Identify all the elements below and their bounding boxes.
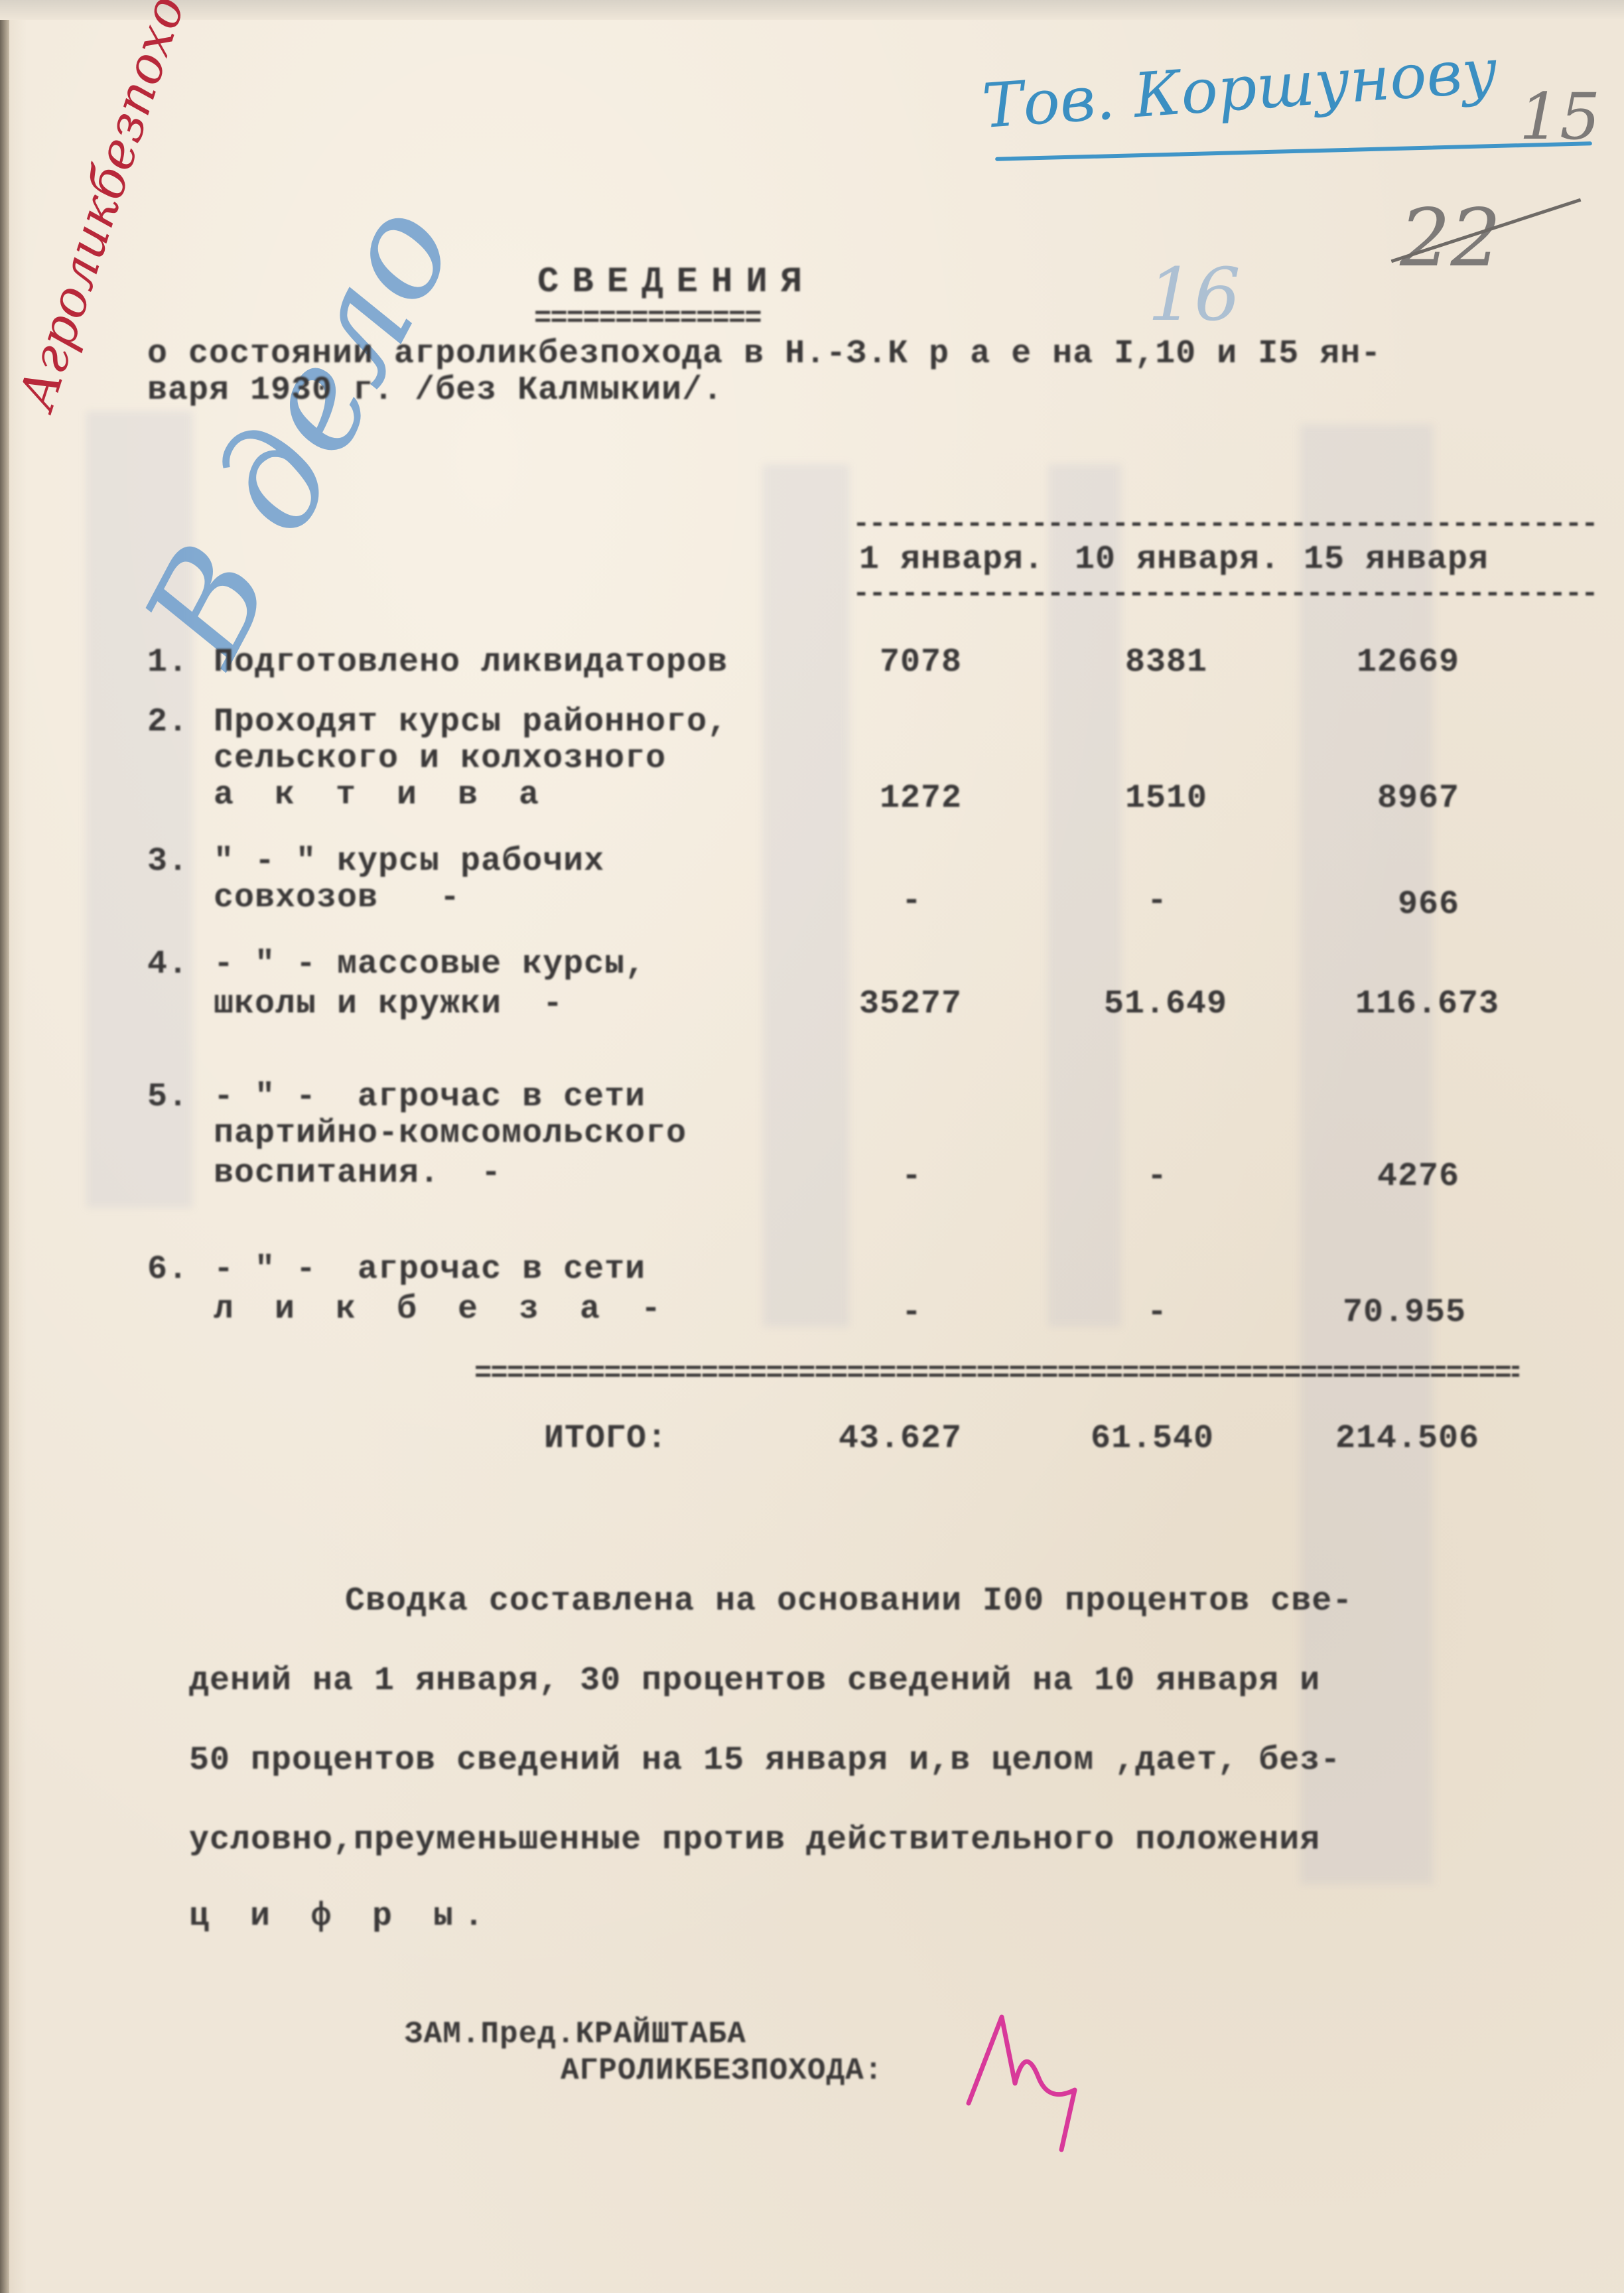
total-jan15: 214.506 (1280, 1420, 1479, 1458)
row-label: Подготовлено ликвидаторов (214, 644, 728, 681)
row-label: - " - агрочас в сети (214, 1078, 645, 1116)
faint-blue-number: 16 (1148, 252, 1241, 337)
column-header-jan15: 15 января (1304, 541, 1489, 579)
title-underline: ============== (534, 302, 859, 335)
total-double-rule: ========================================… (474, 1357, 1519, 1390)
value-jan1: - (856, 882, 922, 920)
value-jan15: 8967 (1287, 780, 1459, 817)
signature-icon (962, 2004, 1108, 2156)
summary-line: Сводка составлена на основании I00 проце… (345, 1582, 1353, 1620)
column-header-jan1: 1 января. (859, 541, 1044, 579)
value-jan1: 1272 (856, 780, 962, 817)
row-label: партийно-комсомольского (214, 1115, 687, 1152)
value-jan10: 51.649 (1055, 985, 1227, 1023)
row-number: 3. (147, 843, 188, 880)
row-label: - " - агрочас в сети (214, 1251, 645, 1288)
summary-line: ц и ф р ы. (189, 1898, 494, 1935)
row-number: 4. (147, 945, 188, 983)
pencil-page-number-15: 15 (1519, 80, 1600, 154)
total-label: ИТОГО: (544, 1420, 667, 1458)
signatory-title-line-1: ЗАМ.Пред.КРАЙШТАБА (405, 2017, 746, 2051)
signatory-title-line-2: АГРОЛИКБЕЗПОХОДА: (561, 2053, 883, 2088)
summary-line: 50 процентов сведений на 15 января и,в ц… (189, 1742, 1341, 1779)
addressee-annotation: Тов. Коршунову (980, 35, 1499, 142)
row-label: воспитания. - (214, 1154, 502, 1192)
column-header-jan10: 10 января. (1075, 541, 1280, 579)
value-jan10: - (1101, 882, 1168, 920)
subtitle-line-1: о состоянии агроликбезпохода в Н.-З.К р … (147, 335, 1381, 373)
value-jan1: - (856, 1294, 922, 1332)
row-number: 2. (147, 703, 188, 741)
row-number: 6. (147, 1251, 188, 1288)
addressee-underline (995, 141, 1592, 161)
summary-line: условно,преуменьшенные против действител… (189, 1821, 1320, 1859)
value-jan10: 1510 (1101, 780, 1207, 817)
value-jan1: 35277 (823, 985, 962, 1023)
document-title: СВЕДЕНИЯ (537, 262, 815, 303)
total-jan10: 61.540 (1055, 1420, 1214, 1458)
row-label: - " - массовые курсы, (214, 945, 645, 983)
row-label: сельского и колхозного (214, 740, 666, 778)
total-jan1: 43.627 (816, 1420, 962, 1458)
header-rule-top: ----------------------------------------… (852, 508, 1595, 541)
summary-line: дений на 1 января, 30 процентов сведений… (189, 1662, 1320, 1700)
subtitle-line-2: варя 1930 г. /без Калмыкии/. (147, 372, 723, 409)
page-top-edge (0, 0, 1624, 20)
row-label: " - " курсы рабочих (214, 843, 604, 880)
row-label: Проходят курсы районного, (214, 703, 728, 741)
row-label: совхозов - (214, 879, 460, 917)
value-jan15: 12669 (1287, 644, 1459, 681)
value-jan15: 116.673 (1280, 985, 1499, 1023)
value-jan1: - (856, 1158, 922, 1196)
value-jan10: - (1101, 1294, 1168, 1332)
page-left-edge (0, 0, 9, 2293)
row-label: а к т и в а (214, 776, 549, 814)
pencil-page-number-22: 22 (1400, 192, 1501, 285)
value-jan1: 7078 (856, 644, 962, 681)
value-jan15: 70.955 (1287, 1294, 1466, 1332)
row-label: л и к б е з а - (214, 1290, 671, 1328)
row-label: школы и кружки - (214, 985, 563, 1023)
value-jan10: 8381 (1101, 644, 1207, 681)
header-rule-bottom: ----------------------------------------… (852, 577, 1595, 610)
bleed-through-column (763, 464, 849, 1327)
row-number: 1. (147, 644, 188, 681)
value-jan10: - (1101, 1158, 1168, 1196)
value-jan15: 4276 (1287, 1158, 1459, 1196)
value-jan15: 966 (1287, 886, 1459, 924)
row-number: 5. (147, 1078, 188, 1116)
